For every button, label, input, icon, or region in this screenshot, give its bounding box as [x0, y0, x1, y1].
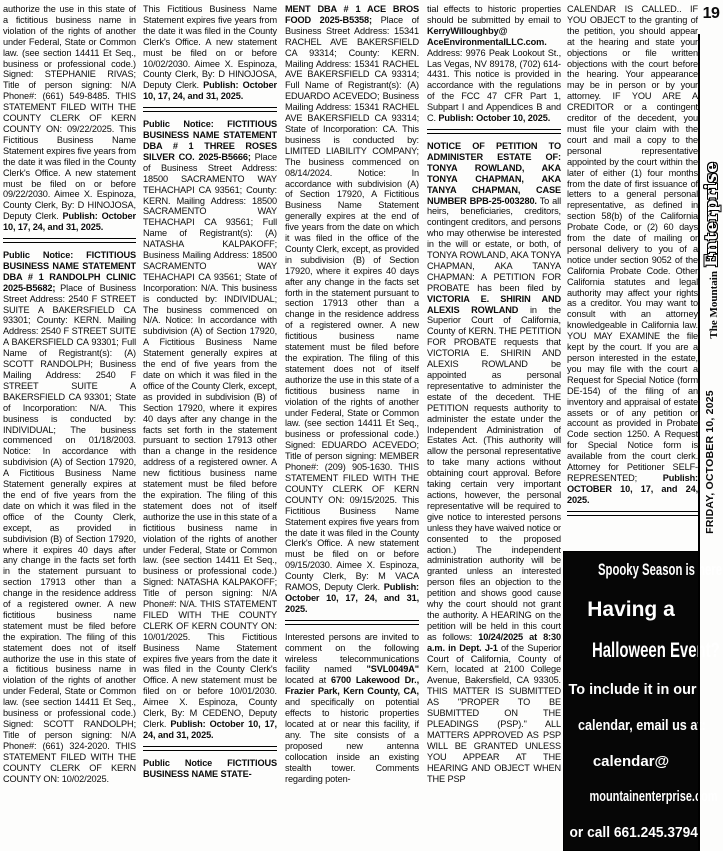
ad-text-row: Halloween Event? [566, 639, 696, 663]
masthead: The MountainEnterprise [701, 160, 723, 340]
ad-text-row: calendar@ [566, 753, 696, 771]
double-rule-divider [143, 107, 277, 112]
legal-column-1: authorize the use in this state of a fic… [3, 4, 136, 849]
double-rule-divider [143, 746, 277, 751]
ad-text-line: Halloween Event? [592, 639, 720, 663]
ad-text-line: To include it in our [569, 681, 697, 698]
ad-text-row: Having a [566, 598, 696, 622]
legal-column-2: This Fictitious Business Name Statement … [143, 4, 277, 849]
legal-column-3: MENT DBA # 1 ACE BROS FOOD 2025-B5358; P… [285, 4, 419, 849]
legal-notice-block: MENT DBA # 1 ACE BROS FOOD 2025-B5358; P… [285, 4, 419, 615]
ad-text-line: Having a [587, 598, 675, 622]
legal-notice-block: Public Notice: FICTITIOUS BUSINESS NAME … [143, 119, 277, 741]
edition-dateline: FRIDAY, OCTOBER 10, 2025 [703, 356, 718, 568]
newspaper-page: authorize the use in this state of a fic… [0, 0, 723, 851]
double-rule-divider [567, 511, 698, 516]
legal-notice-block: This Fictitious Business Name Statement … [143, 4, 277, 102]
legal-notice-block: authorize the use in this state of a fic… [3, 4, 136, 233]
sidebar-divider-line [698, 34, 700, 851]
legal-notice-block: Public Notice FICTITIOUS BUSINESS NAME S… [143, 758, 277, 780]
ad-text-row: To include it in our [566, 681, 696, 699]
legal-notice-block: NOTICE OF PETITION TO ADMINISTER ESTATE … [427, 141, 561, 784]
ad-text-row: Spooky Season is here! [566, 560, 696, 580]
ad-text-line: or call 661.245.3794 [570, 825, 698, 841]
legal-notice-block: Public Notice: FICTITIOUS BUSINESS NAME … [3, 250, 136, 784]
ad-text-line: calendar, email us at: [578, 717, 706, 734]
masthead-prefix: The Mountain [708, 271, 720, 339]
ad-text-row: calendar, email us at: [566, 717, 696, 735]
double-rule-divider [3, 238, 136, 243]
halloween-ad: Spooky Season is here!Having aHalloween … [563, 551, 699, 851]
legal-notice-block: CALENDAR IS CALLED.. IF YOU OBJECT to th… [567, 4, 698, 506]
legal-column-4: tial effects to historic properties shou… [427, 4, 561, 849]
ad-text-line: calendar@ [593, 753, 669, 770]
ad-text-row: mountainenterprise.com [566, 788, 696, 806]
ad-text-row: or call 661.245.3794 [566, 824, 696, 842]
page-number: 19 [699, 5, 723, 23]
legal-notice-block: tial effects to historic properties shou… [427, 4, 561, 124]
double-rule-divider [285, 620, 419, 625]
masthead-title: Enterprise [702, 161, 722, 267]
double-rule-divider [427, 129, 561, 134]
legal-notice-block: Interested persons are invited to commen… [285, 632, 419, 785]
